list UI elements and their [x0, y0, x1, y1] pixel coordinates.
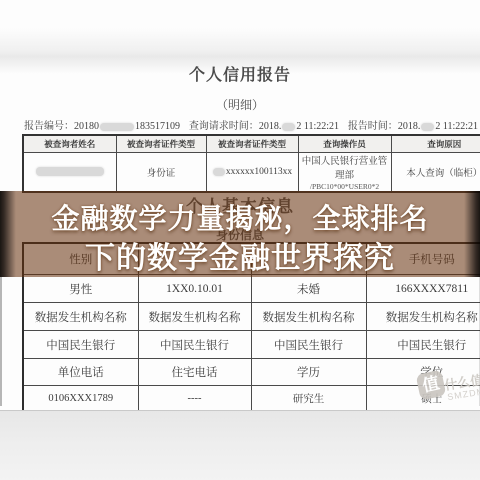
cell-id-number: xxxxxx100113xx: [206, 153, 298, 193]
report-time: 报告时间：2018.2 11:22:21: [348, 117, 478, 132]
report-number-suffix: 183517109: [135, 121, 180, 132]
label-home-phone: 住宅电话: [138, 359, 251, 386]
value-work-phone: 0106XXX1789: [23, 386, 138, 413]
cell-queried-name: [23, 153, 116, 193]
report-subtitle: （明细）: [0, 96, 480, 113]
query-time-suffix: 2 11:22:21: [296, 121, 339, 132]
report-time-prefix: 2018.: [398, 121, 421, 132]
value-bank-2: 中国民生银行: [138, 331, 251, 359]
value-birthdate: 1XX0.10.01: [138, 275, 251, 303]
table-row-org-labels: 数据发生机构名称 数据发生机构名称 数据发生机构名称 数据发生机构名称: [23, 303, 480, 331]
caption-line-1: 金融数学力量揭秘，全球排名: [0, 197, 480, 237]
id-number-text: xxxxxx100113xx: [226, 167, 292, 177]
value-mobile: 166XXXX7811: [366, 275, 480, 303]
label-data-org-1: 数据发生机构名称: [23, 303, 138, 331]
query-time-prefix: 2018.: [259, 121, 282, 132]
label-education: 学历: [251, 359, 366, 386]
label-data-org-4: 数据发生机构名称: [366, 303, 480, 331]
label-work-phone: 单位电话: [23, 359, 138, 386]
table-row-org-values: 中国民生银行 中国民生银行 中国民生银行 中国民生银行: [23, 331, 480, 359]
report-number-label: 报告编号：: [24, 121, 74, 132]
redaction-blur: [213, 168, 225, 176]
header-queried-name: 被查询者姓名: [23, 135, 116, 153]
report-number: 报告编号：20180183517109: [24, 117, 180, 132]
label-data-org-2: 数据发生机构名称: [138, 303, 251, 331]
redaction-blur: [421, 123, 434, 131]
header-operator: 查询操作员: [298, 135, 391, 153]
redaction-blur: [100, 123, 134, 131]
value-marital-status: 未婚: [251, 275, 366, 303]
report-meta-line: 报告编号：20180183517109 查询请求时间：2018.2 11:22:…: [24, 117, 478, 132]
smzdm-logo-icon: 值: [416, 370, 447, 401]
paper-bottom-shading: [0, 410, 480, 480]
cell-id-type: 身份证: [116, 153, 206, 193]
value-bank-1: 中国民生银行: [23, 331, 138, 359]
table-row-contact-values: 0106XXX1789 ---- 研究生 硕士: [23, 386, 480, 413]
query-time-label: 查询请求时间：: [189, 121, 259, 132]
cell-query-reason: 本人查询（临柜）: [391, 153, 480, 193]
redaction-blur: [36, 167, 104, 176]
caption-line-2: 下的数学金融世界探究: [0, 233, 480, 277]
table-row-contact-labels: 单位电话 住宅电话 学历 学位: [23, 359, 480, 386]
report-title: 个人信用报告: [0, 62, 480, 85]
value-home-phone: ----: [138, 386, 251, 413]
header-query-reason: 查询原因: [391, 135, 480, 153]
label-data-org-3: 数据发生机构名称: [251, 303, 366, 331]
caption-banner: 金融数学力量揭秘，全球排名 下的数学金融世界探究: [0, 191, 480, 277]
header-id-type-2: 被查询者证件类型: [206, 135, 298, 153]
value-education: 研究生: [251, 386, 366, 413]
table-data-row: 身份证 xxxxxx100113xx 中国人民银行营业管理部/PBC10*00*…: [23, 153, 480, 193]
redaction-blur: [282, 123, 295, 131]
operator-org: 中国人民银行营业管理部: [302, 157, 388, 181]
query-info-table: 被查询者姓名 被查询者证件类型 被查询者证件类型 查询操作员 查询原因 身份证 …: [22, 134, 480, 193]
table-row-values-identity: 男性 1XX0.10.01 未婚 166XXXX7811: [23, 275, 480, 303]
table-header-row: 被查询者姓名 被查询者证件类型 被查询者证件类型 查询操作员 查询原因: [23, 135, 480, 153]
query-request-time: 查询请求时间：2018.2 11:22:21: [189, 117, 339, 132]
credit-report-screenshot: 个人信用报告 （明细） 报告编号：20180183517109 查询请求时间：2…: [0, 0, 480, 480]
report-time-suffix: 2 11:22:21: [435, 121, 478, 132]
cell-operator: 中国人民银行营业管理部/PBC10*00*USER0*2: [298, 153, 391, 193]
operator-code: /PBC10*00*USER0*2: [299, 182, 391, 191]
header-id-type: 被查询者证件类型: [116, 135, 206, 153]
value-bank-3: 中国民生银行: [251, 331, 366, 359]
report-number-prefix: 20180: [74, 121, 99, 132]
photo-left-edge: [0, 277, 2, 406]
value-bank-4: 中国民生银行: [366, 331, 480, 359]
smzdm-watermark: 值 什么值得买 SMZDM.COM: [416, 368, 480, 412]
report-time-label: 报告时间：: [348, 121, 398, 132]
value-gender: 男性: [23, 275, 138, 303]
